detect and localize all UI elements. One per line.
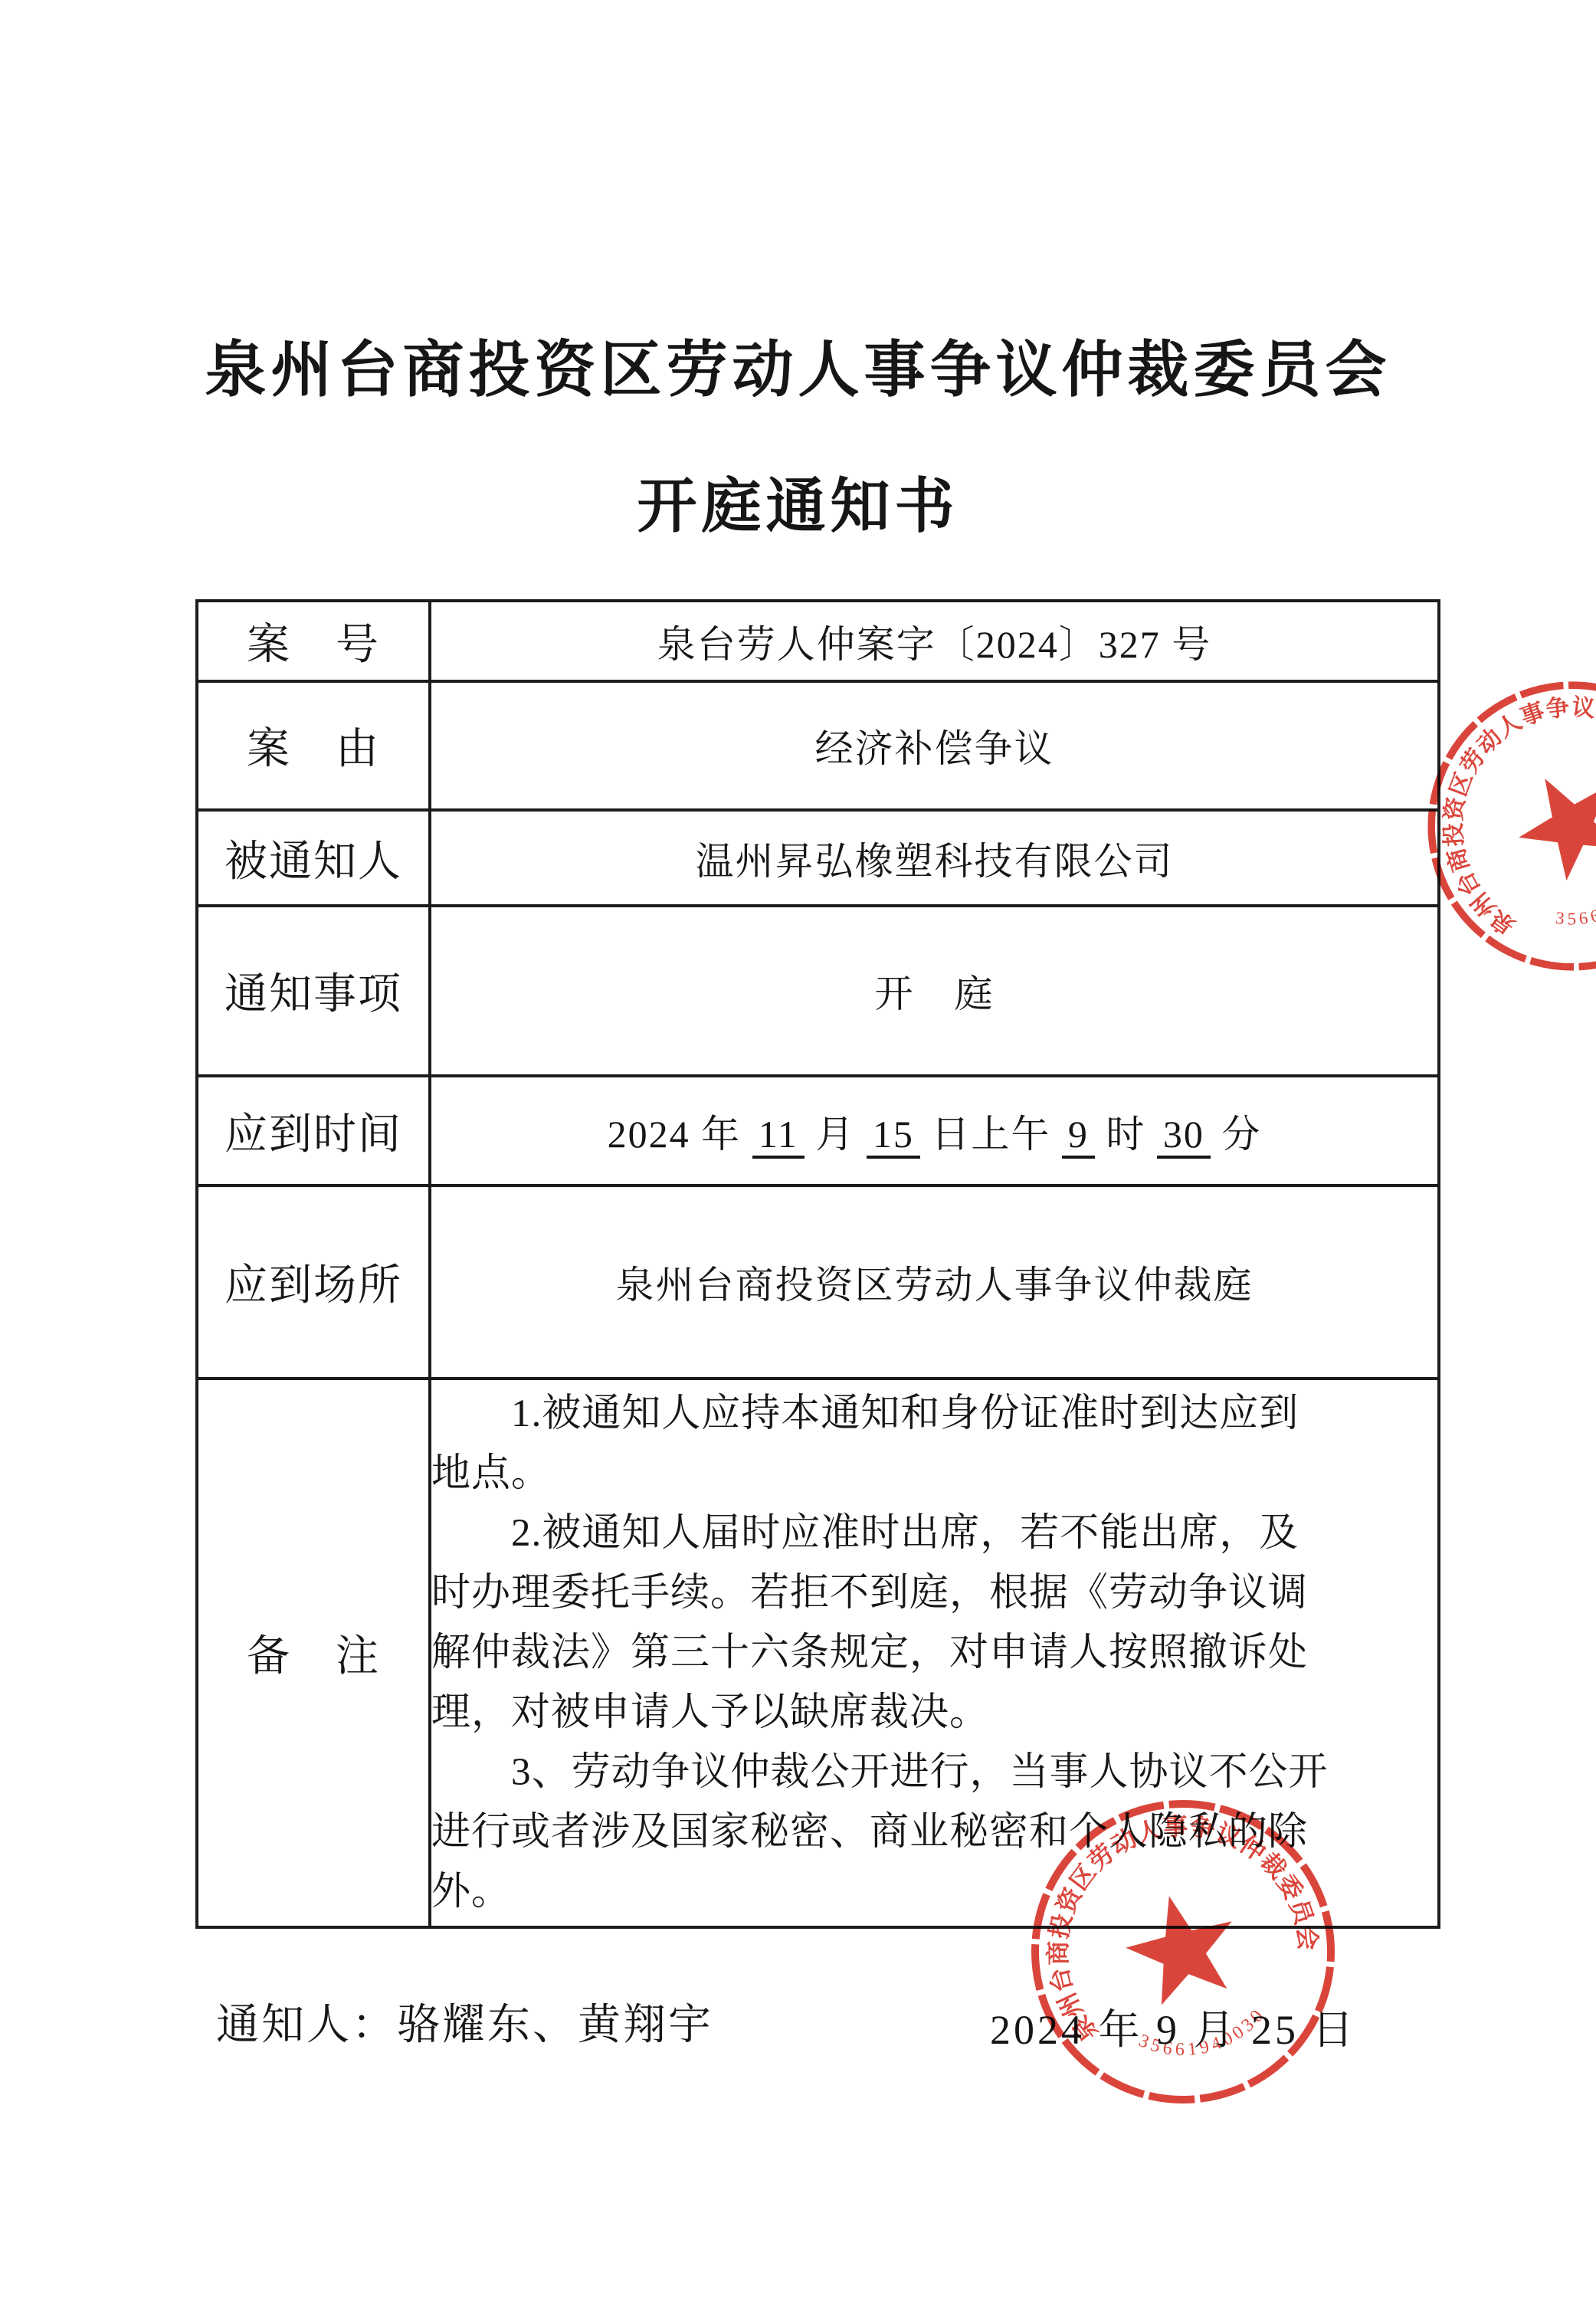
table-row-case-number: 案 号 泉台劳人仲案字〔2024〕327 号 (197, 601, 1439, 681)
notified-party-label: 被通知人 (197, 810, 430, 906)
notifier-line: 通知人：骆耀东、黄翔宇 (216, 1991, 713, 2052)
appear-time-month-unit: 月 (805, 1113, 867, 1156)
table-row-notified-party: 被通知人 温州昇弘橡塑科技有限公司 (197, 810, 1439, 906)
remarks-line: 理，对被申请人予以缺席裁决。 (431, 1683, 1437, 1743)
case-number-label: 案 号 (197, 601, 430, 681)
case-number-value: 泉台劳人仲案字〔2024〕327 号 (430, 601, 1439, 681)
table-row-case-cause: 案 由 经济补偿争议 (197, 681, 1439, 810)
appear-time-month: 11 (752, 1113, 805, 1159)
notified-party-value: 温州昇弘橡塑科技有限公司 (430, 810, 1439, 906)
star-icon (1499, 753, 1596, 890)
appear-place-value: 泉州台商投资区劳动人事争议仲裁庭 (430, 1185, 1439, 1379)
remarks-line: 2.被通知人届时应准时出席，若不能出席，及 (431, 1503, 1437, 1563)
appear-place-label: 应到场所 (197, 1185, 430, 1379)
table-row-appear-time: 应到时间 2024 年 11 月 15 日上午 9 时 30 分 (197, 1076, 1439, 1185)
remarks-line: 地点。 (431, 1444, 1437, 1503)
remarks-line: 时办理委托手续。若拒不到庭，根据《劳动争议调 (431, 1563, 1437, 1623)
document-page: 泉州台商投资区劳动人事争议仲裁委员会 开庭通知书 案 号 泉台劳人仲案字〔202… (0, 0, 1596, 2315)
seal-code: 35661940030 (1132, 2000, 1276, 2074)
notice-matter-label: 通知事项 (197, 906, 430, 1076)
case-cause-label: 案 由 (197, 681, 430, 810)
appear-time-prefix: 2024 年 (608, 1113, 752, 1156)
appear-time-label: 应到时间 (197, 1076, 430, 1185)
appear-time-day-unit: 日上午 (920, 1113, 1062, 1156)
doc-title: 开庭通知书 (0, 458, 1596, 544)
appear-time-hour: 9 (1062, 1113, 1095, 1159)
remarks-line: 解仲裁法》第三十六条规定，对申请人按照撤诉处 (431, 1623, 1437, 1683)
table-row-notice-matter: 通知事项 开 庭 (197, 906, 1439, 1076)
notifier-label: 通知人： (216, 2002, 397, 2049)
appear-time-hour-unit: 时 (1095, 1113, 1157, 1156)
appear-time-minute-unit: 分 (1211, 1113, 1262, 1156)
notice-matter-value: 开 庭 (430, 906, 1439, 1076)
appear-time-day: 15 (867, 1113, 920, 1159)
svg-text:35661940030: 35661940030 (1132, 2000, 1276, 2074)
star-icon (1116, 1883, 1247, 2010)
remarks-line: 1.被通知人应持本通知和身份证准时到达应到 (431, 1384, 1437, 1444)
remarks-label: 备 注 (197, 1379, 430, 1927)
table-row-appear-place: 应到场所 泉州台商投资区劳动人事争议仲裁庭 (197, 1185, 1439, 1379)
appear-time-value: 2024 年 11 月 15 日上午 9 时 30 分 (430, 1076, 1439, 1185)
org-title: 泉州台商投资区劳动人事争议仲裁委员会 (0, 320, 1596, 408)
appear-time-minute: 30 (1157, 1113, 1211, 1159)
notifier-names: 骆耀东、黄翔宇 (397, 2002, 713, 2049)
case-cause-value: 经济补偿争议 (430, 681, 1439, 810)
notice-table: 案 号 泉台劳人仲案字〔2024〕327 号 案 由 经济补偿争议 被通知人 温… (195, 599, 1440, 1929)
